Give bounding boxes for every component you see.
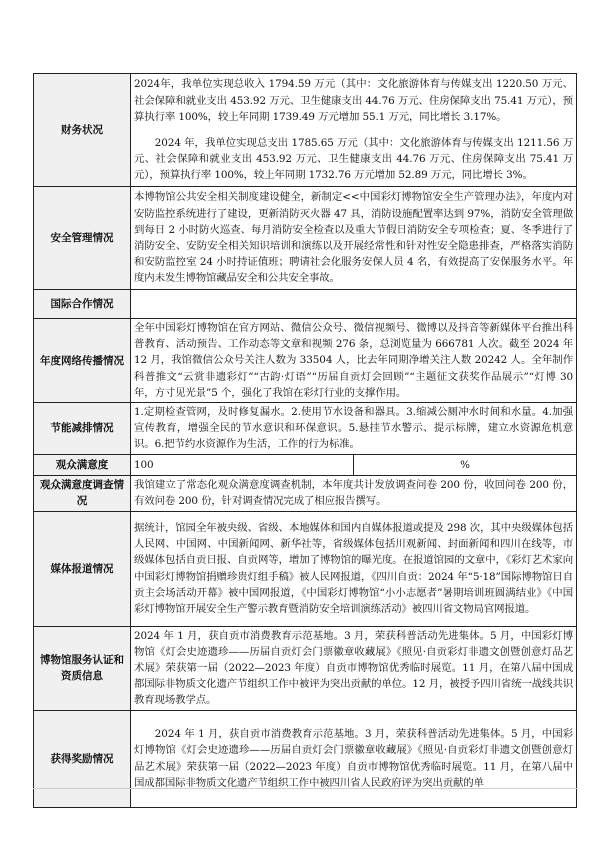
label-finance: 财务状况 <box>34 74 131 187</box>
museum-annual-report-table: 财务状况 2024年，我单位实现总收入 1794.59 万元（其中：文化旅游体育… <box>33 73 577 808</box>
content-network: 全年中国彩灯博物馆在官方网站、微信公众号、微信视频号、微博以及抖音等新媒体平台推… <box>131 319 577 403</box>
finance-income-paragraph: 2024年，我单位实现总收入 1794.59 万元（其中：文化旅游体育与传媒支出… <box>134 76 573 125</box>
content-finance: 2024年，我单位实现总收入 1794.59 万元（其中：文化旅游体育与传媒支出… <box>131 74 577 187</box>
row-energy: 节能减排情况 1.定期检查管网，及时修复漏水。2.使用节水设备和器具。3.缩减公… <box>34 403 577 455</box>
row-finance: 财务状况 2024年，我单位实现总收入 1794.59 万元（其中：文化旅游体育… <box>34 74 577 187</box>
media-paragraph: 据统计，馆园全年被央级、省级、本地媒体和国内自媒体报道或提及 298 次，其中央… <box>134 520 573 617</box>
label-satisfaction: 观众满意度 <box>34 454 131 475</box>
finance-expense-paragraph: 2024 年，我单位实现总支出 1785.65 万元（其中：文化旅游体育与传媒支… <box>134 135 573 184</box>
label-energy: 节能减排情况 <box>34 403 131 455</box>
awards-paragraph: 2024 年 1 月，获自贡市消费教育示范基地。3 月，荣获科普活动先进集体。5… <box>134 726 573 791</box>
label-network: 年度网络传播情况 <box>34 319 131 403</box>
satisfaction-value: 100 <box>131 454 354 475</box>
label-international: 国际合作情况 <box>34 290 131 319</box>
label-security: 安全管理情况 <box>34 187 131 290</box>
service-paragraph: 2024 年 1 月，获自贡市消费教育示范基地。3 月，荣获科普活动先进集体。5… <box>134 628 573 709</box>
security-paragraph: 本博物馆公共安全相关制度建设健全，新制定<<中国彩灯博物馆安全生产管理办法》，年… <box>134 189 573 286</box>
row-service-certification: 博物馆服务认证和资质信息 2024 年 1 月，获自贡市消费教育示范基地。3 月… <box>34 626 577 710</box>
content-awards: 2024 年 1 月，获自贡市消费教育示范基地。3 月，荣获科普活动先进集体。5… <box>131 710 577 807</box>
label-awards: 获得奖励情况 <box>34 710 131 807</box>
content-media: 据统计，馆园全年被央级、省级、本地媒体和国内自媒体报道或提及 298 次，其中央… <box>131 511 577 626</box>
network-paragraph: 全年中国彩灯博物馆在官方网站、微信公众号、微信视频号、微博以及抖音等新媒体平台推… <box>134 320 573 401</box>
row-media: 媒体报道情况 据统计，馆园全年被央级、省级、本地媒体和国内自媒体报道或提及 29… <box>34 511 577 626</box>
document-page: 财务状况 2024年，我单位实现总收入 1794.59 万元（其中：文化旅游体育… <box>0 0 608 858</box>
row-satisfaction: 观众满意度 100 % <box>34 454 577 475</box>
row-security: 安全管理情况 本博物馆公共安全相关制度建设健全，新制定<<中国彩灯博物馆安全生产… <box>34 187 577 290</box>
row-network: 年度网络传播情况 全年中国彩灯博物馆在官方网站、微信公众号、微信视频号、微博以及… <box>34 319 577 403</box>
content-survey: 我馆建立了常态化观众满意度调查机制，本年度共计发放调查问卷 200 份，收回问卷… <box>131 475 577 511</box>
row-survey: 观众满意度调查情况 我馆建立了常态化观众满意度调查机制，本年度共计发放调查问卷 … <box>34 475 577 511</box>
row-awards: 获得奖励情况 2024 年 1 月，获自贡市消费教育示范基地。3 月，荣获科普活… <box>34 710 577 807</box>
label-service-certification: 博物馆服务认证和资质信息 <box>34 626 131 710</box>
energy-paragraph: 1.定期检查管网，及时修复漏水。2.使用节水设备和器具。3.缩减公厕冲水时间和水… <box>134 404 573 453</box>
content-international <box>131 290 577 319</box>
satisfaction-unit: % <box>354 454 577 475</box>
content-service-certification: 2024 年 1 月，获自贡市消费教育示范基地。3 月，荣获科普活动先进集体。5… <box>131 626 577 710</box>
label-media: 媒体报道情况 <box>34 511 131 626</box>
content-security: 本博物馆公共安全相关制度建设健全，新制定<<中国彩灯博物馆安全生产管理办法》，年… <box>131 187 577 290</box>
content-energy: 1.定期检查管网，及时修复漏水。2.使用节水设备和器具。3.缩减公厕冲水时间和水… <box>131 403 577 455</box>
table-bottom-edge <box>33 788 577 789</box>
survey-paragraph: 我馆建立了常态化观众满意度调查机制，本年度共计发放调查问卷 200 份，收回问卷… <box>134 477 573 509</box>
row-international: 国际合作情况 <box>34 290 577 319</box>
label-survey: 观众满意度调查情况 <box>34 475 131 511</box>
